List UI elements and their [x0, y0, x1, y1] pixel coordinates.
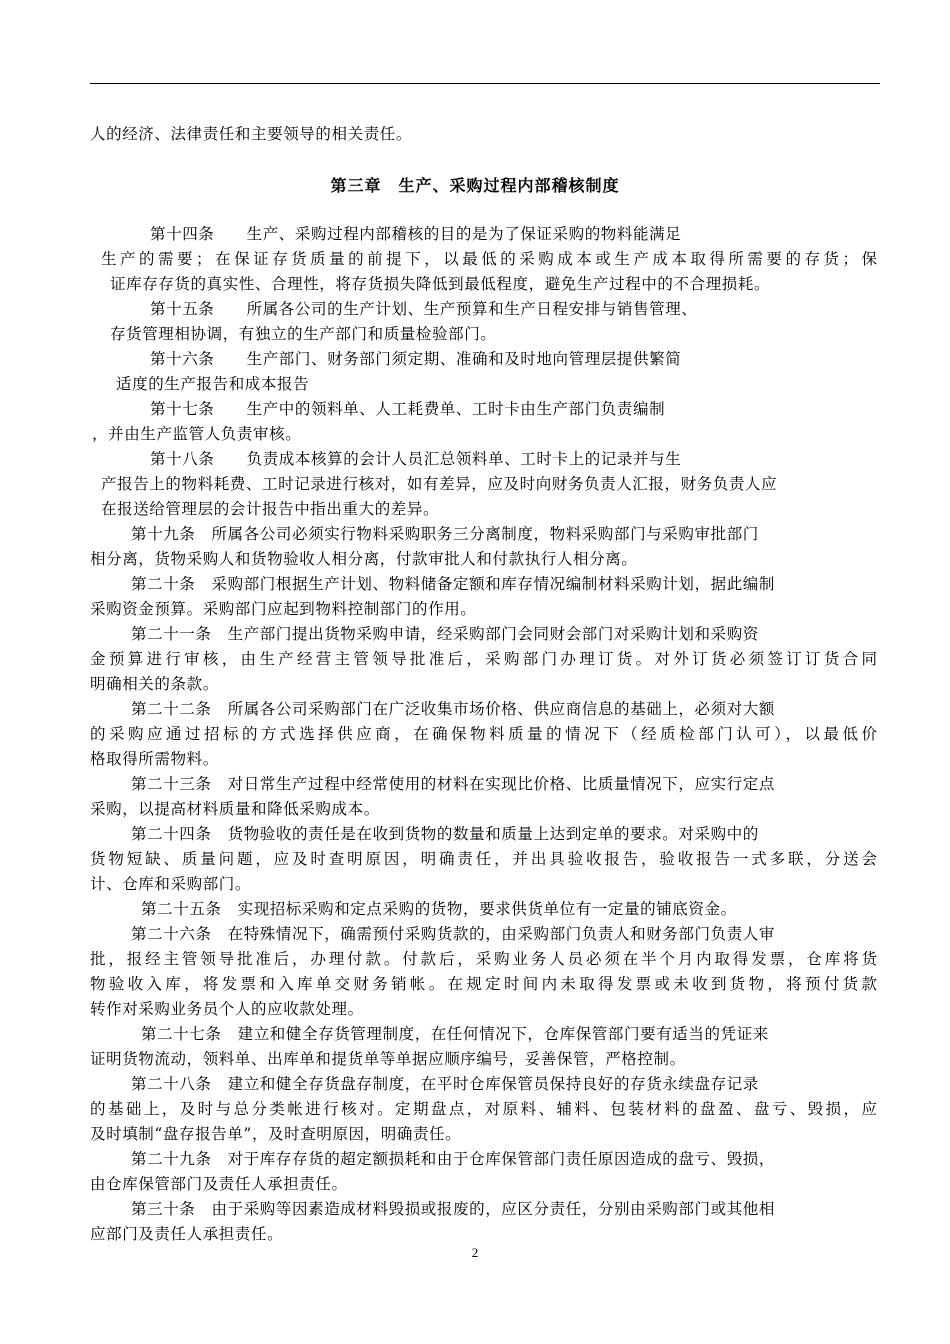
article-line: 计、仓库和采购部门。: [90, 874, 251, 894]
article-line: 应部门及责任人承担责任。: [90, 1224, 283, 1244]
article-line: 金预算进行审核，由生产经营主管领导批准后，采购部门办理订货。对外订货必须签订订货…: [90, 649, 877, 669]
article-line: 第二十八条 建立和健全存货盘存制度，在平时仓库保管员保持良好的存货永续盘存记录: [131, 1074, 759, 1094]
article-line: 采购资金预算。采购部门应起到物料控制部门的作用。: [90, 599, 476, 619]
article-line: 的采购应通过招标的方式选择供应商，在确保物料质量的情况下（经质检部门认可），以最…: [90, 724, 877, 744]
article-line: 第二十六条 在特殊情况下，确需预付采购货款的，由采购部门负责人和财务部门负责人审: [131, 924, 775, 944]
article-line: 第二十五条 实现招标采购和定点采购的货物，要求供货单位有一定量的铺底资金。: [141, 899, 737, 919]
article-line: ，并由生产监管人负责审核。: [92, 424, 301, 444]
article-line: 存货管理相协调，有独立的生产部门和质量检验部门。: [110, 324, 496, 344]
article-line: 第十五条 所属各公司的生产计划、生产预算和生产日程安排与销售管理、: [150, 299, 697, 319]
article-line: 第十七条 生产中的领料单、人工耗费单、工时卡由生产部门负责编制: [150, 399, 665, 419]
article-line: 适度的生产报告和成本报告: [116, 374, 309, 394]
article-line: 在报送给管理层的会计报告中指出重大的差异。: [101, 499, 439, 519]
opening-line: 人的经济、法律责任和主要领导的相关责任。: [90, 124, 412, 144]
article-line: 批，报经主管领导批准后，办理付款。付款后，采购业务人员必须在半个月内取得发票，仓…: [90, 949, 877, 969]
article-line: 的基础上，及时与总分类帐进行核对。定期盘点，对原料、辅料、包装材料的盘盈、盘亏、…: [90, 1099, 877, 1119]
article-line: 证库存存货的真实性、合理性，将存货损失降低到最低程度，避免生产过程中的不合理损耗…: [110, 274, 770, 294]
article-line: 证明货物流动，领料单、出库单和提货单等单据应顺序编号，妥善保管，严格控制。: [90, 1049, 686, 1069]
article-line: 明确相关的条款。: [90, 674, 219, 694]
article-line: 第十九条 所属各公司必须实行物料采购职务三分离制度，物料采购部门与采购审批部门: [131, 524, 759, 544]
article-line: 第十八条 负责成本核算的会计人员汇总领料单、工时卡上的记录并与生: [150, 449, 681, 469]
article-line: 转作对采购业务员个人的应收款处理。: [90, 999, 364, 1019]
header-rule: [90, 83, 880, 84]
article-line: 第二十七条 建立和健全存货管理制度，在任何情况下，仓库保管部门要有适当的凭证来: [141, 1024, 769, 1044]
article-line: 货物短缺、质量问题，应及时查明原因，明确责任，并出具验收报告，验收报告一式多联，…: [90, 849, 877, 869]
article-line: 第十六条 生产部门、财务部门须定期、准确和及时地向管理层提供繁简: [150, 349, 681, 369]
article-line: 第二十条 采购部门根据生产计划、物料储备定额和库存情况编制材料采购计划，据此编制: [131, 574, 775, 594]
article-line: 由仓库保管部门及责任人承担责任。: [90, 1174, 348, 1194]
article-line: 及时填制“盘存报告单”，及时查明原因，明确责任。: [90, 1124, 461, 1144]
article-line: 产报告上的物料耗费、工时记录进行核对，如有差异，应及时向财务负责人汇报，财务负责…: [101, 474, 777, 494]
article-line: 第三十条 由于采购等因素造成材料毁损或报废的，应区分责任，分别由采购部门或其他相: [131, 1199, 775, 1219]
article-line: 第二十三条 对日常生产过程中经常使用的材料在实现比价格、比质量情况下，应实行定点: [131, 774, 775, 794]
article-line: 采购，以提高材料质量和降低采购成本。: [90, 799, 380, 819]
article-line: 生产的需要；在保证存货质量的前提下，以最低的采购成本或生产成本取得所需要的存货；…: [101, 249, 877, 269]
article-line: 第二十四条 货物验收的责任是在收到货物的数量和质量上达到定单的要求。对采购中的: [131, 824, 759, 844]
article-line: 第二十九条 对于库存存货的超定额损耗和由于仓库保管部门责任原因造成的盘亏、毁损，: [131, 1149, 775, 1169]
chapter-title: 第三章 生产、采购过程内部稽核制度: [0, 173, 950, 196]
article-line: 第二十二条 所属各公司采购部门在广泛收集市场价格、供应商信息的基础上，必须对大额: [131, 699, 775, 719]
page-number: 2: [0, 1245, 950, 1261]
article-line: 相分离，货物采购人和货物验收人相分离，付款审批人和付款执行人相分离。: [90, 549, 637, 569]
article-line: 第十四条 生产、采购过程内部稽核的目的是为了保证采购的物料能满足: [150, 224, 681, 244]
article-line: 物验收入库，将发票和入库单交财务销帐。在规定时间内未取得发票或未收到货物，将预付…: [90, 974, 877, 994]
article-line: 格取得所需物料。: [90, 749, 219, 769]
article-line: 第二十一条 生产部门提出货物采购申请，经采购部门会同财会部门对采购计划和采购资: [131, 624, 759, 644]
